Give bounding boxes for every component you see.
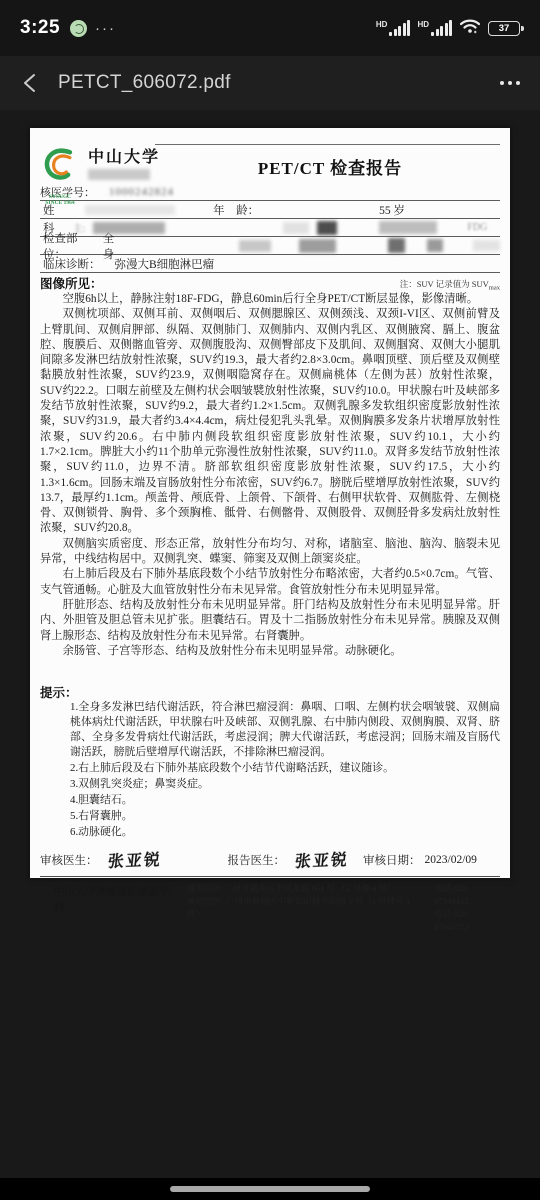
findings-heading-row: 图像所见： 注：SUV 记录值为 SUVmax [40,274,500,292]
review-date-value: 2023/02/09 [425,854,477,866]
logo-caption: SYSUCCSINCE 1964 [42,194,78,206]
review-date-label: 审核日期： [363,852,421,868]
record-number-row: 核医学号： 1000242824 [40,184,500,200]
report-title: PET/CT 检查报告 [180,154,480,179]
findings-paragraph: 右上肺后段及右下肺外基底段数个小结节放射性分布略浓密，大者约0.5×0.7cm。… [40,567,500,598]
battery-icon: 37 [488,21,520,36]
table-row: 姓 年 龄： 55 岁 [40,201,500,219]
notification-app-icon [70,20,87,37]
footer-department: 中山大学肿瘤医院核医学科 [54,884,173,914]
footer-addresses: 越秀院区:广州市越秀区东风东路 651 号 （2 号楼 4 楼） 黄埔院区: 广… [187,882,416,921]
age-label: 年 龄： [213,202,259,218]
signature-row: 审核医生： 张亚锐 报告医生： 张亚锐 审核日期： 2023/02/09 [40,848,500,877]
document-title: PETCT_606072.pdf [58,72,231,94]
impression-item: 6.动脉硬化。 [70,825,500,840]
more-notifications-icon: ··· [95,20,116,37]
pdf-scroll-area[interactable]: SYSUCCSINCE 1964 中山大学 PET/CT 检查报告 核医学号： … [0,110,540,1178]
findings-paragraph: 余肠管、子宫等形态、结构及放射性分布未见明显异常。动脉硬化。 [40,644,500,659]
impression-item: 3.双侧乳突炎症；鼻窦炎症。 [70,777,500,792]
chevron-left-icon [20,72,42,94]
org-subtitle-redacted [88,169,160,180]
findings-paragraph: 肝脏形态、结构及放射性分布未见明显异常。肝门结构及放射性分布未见明显异常。肝内、… [40,598,500,644]
reviewer-label: 审核医生： [40,852,98,868]
signal-icon-sim2: HD [417,20,452,36]
pdf-page: SYSUCCSINCE 1964 中山大学 PET/CT 检查报告 核医学号： … [30,128,510,878]
impression-item: 2.右上肺后段及右下肺外基底段数个小结节代谢略活跃，建议随诊。 [70,761,500,776]
age-value: 55 岁 [379,202,405,218]
hospital-logo [42,146,78,182]
report-footer: 中山大学肿瘤医院核医学科 越秀院区:广州市越秀区东风东路 651 号 （2 号楼… [40,882,500,934]
impression-item: 5.右肾囊肿。 [70,809,500,824]
pdf-viewer-toolbar: PETCT_606072.pdf [0,56,540,110]
findings-paragraph: 双侧枕项部、双侧耳前、双侧咽后、双侧腮腺区、双侧颈浅、双颈I-VI区、双侧前臂及… [40,307,500,536]
record-number-value: 1000242824 [109,186,174,198]
table-row: 检查部位： 全身 [40,237,500,255]
findings-paragraph: 双侧脑实质密度、形态正常，放射性分布均匀、对称，诸脑室、脑池、脑沟、脑裂未见异常… [40,537,500,568]
header-rule [155,144,500,145]
sysucc-swirl-icon [42,146,78,182]
report-header: SYSUCCSINCE 1964 中山大学 PET/CT 检查报告 [40,138,500,184]
org-name: 中山大学 [88,144,160,167]
reporter-signature: 张亚锐 [294,847,350,872]
back-button[interactable] [20,70,46,96]
wifi-icon [459,17,481,40]
overflow-menu-button[interactable] [500,81,520,85]
home-indicator[interactable] [170,1186,370,1192]
suv-note: 注：SUV 记录值为 SUVmax [400,278,500,292]
signal-icon-sim1: HD [376,20,411,36]
reporter-label: 报告医生： [228,852,286,868]
reviewer-signature: 张亚锐 [106,847,162,872]
findings-heading: 图像所见： [40,274,103,292]
impression-item: 1.全身多发淋巴结代谢活跃，符合淋巴瘤浸润：鼻咽、口咽、左侧杓状会咽皱襞、双侧扁… [70,700,500,760]
impression-item: 4.胆囊结石。 [70,793,500,808]
gesture-nav-bar [0,1178,540,1200]
clock: 3:25 [20,17,60,39]
diagnosis-value: 弥漫大B细胞淋巴瘤 [115,256,215,272]
status-bar: 3:25 ··· HD HD 37 [0,0,540,56]
phone-screen: 3:25 ··· HD HD 37 [0,0,540,1200]
battery-percent: 37 [499,23,510,34]
findings-paragraph: 空腹6h以上，静脉注射18F-FDG，静息60min后行全身PET/CT断层显像… [40,292,500,307]
diagnosis-label: 临床诊断： [43,256,101,272]
patient-info-table: 姓 年 龄： 55 岁 科 主: FDG 检查部位： 全身 [40,200,500,273]
footer-phones: 电话:020-87343415 电话:020-87341752 [434,882,500,934]
impression-heading: 提示： [40,683,500,699]
